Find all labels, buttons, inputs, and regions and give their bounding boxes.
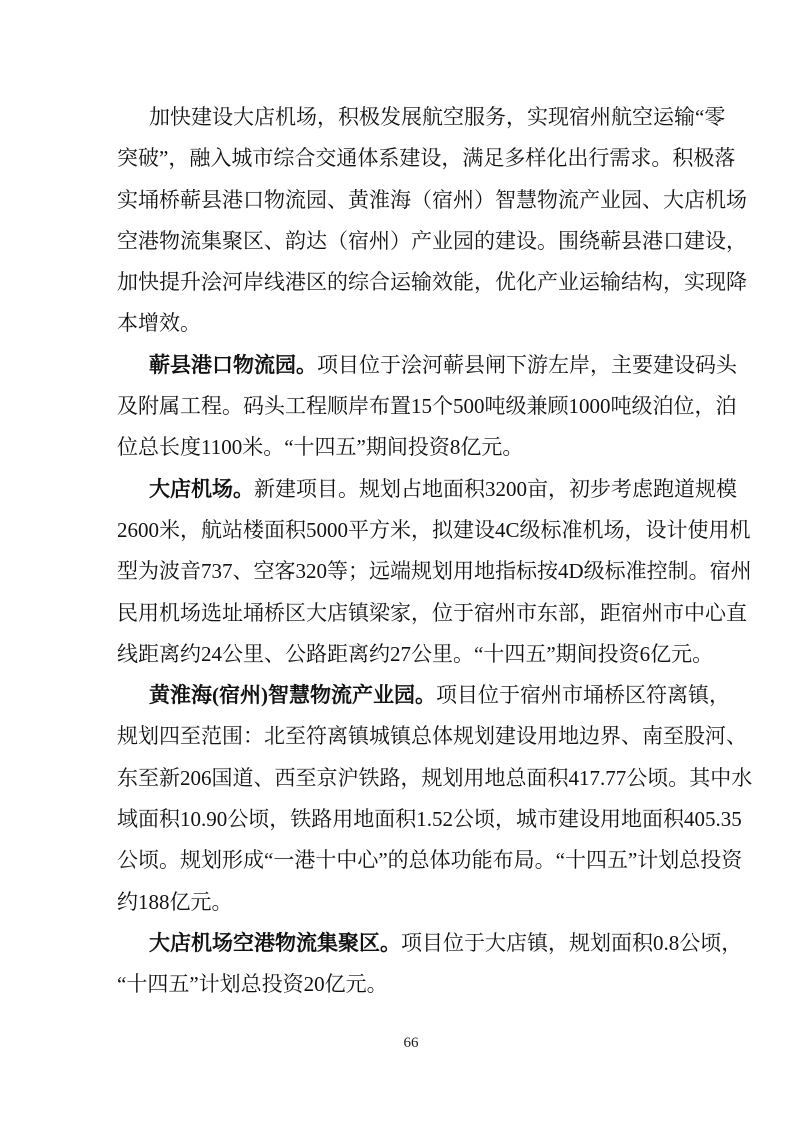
body-text: 位总长度1100米。“十四五”期间投资8亿元。: [117, 435, 523, 459]
text-line: 东至新206国道、西至京沪铁路，规划用地总面积417.77公顷。其中水: [117, 758, 705, 799]
body-text: 公顷。规划形成“一港十中心”的总体功能布局。“十四五”计划总投资: [117, 848, 742, 872]
text-line: 约188亿元。: [117, 882, 705, 923]
body-text: 项目位于浍河蕲县闸下游左岸，主要建设码头: [317, 353, 737, 377]
text-line: 位总长度1100米。“十四五”期间投资8亿元。: [117, 427, 705, 468]
text-line: 空港物流集聚区、韵达（宿州）产业园的建设。围绕蕲县港口建设，: [117, 221, 705, 262]
paragraph-dadian-airport-cargo-cluster: 大店机场空港物流集聚区。项目位于大店镇，规划面积0.8公顷，“十四五”计划总投资…: [117, 923, 705, 1006]
text-line: “十四五”计划总投资20亿元。: [117, 964, 705, 1005]
text-line: 型为波音737、空客320等；远端规划用地指标按4D级标准控制。宿州: [117, 551, 705, 592]
text-line: 域面积10.90公顷，铁路用地面积1.52公顷，城市建设用地面积405.35: [117, 799, 705, 840]
text-line: 黄淮海(宿州)智慧物流产业园。项目位于宿州市埇桥区符离镇，: [117, 675, 705, 716]
body-text: 项目位于大店镇，规划面积0.8公顷，: [401, 931, 742, 955]
body-text: 空港物流集聚区、韵达（宿州）产业园的建设。围绕蕲县港口建设，: [117, 229, 747, 253]
body-text: 及附属工程。码头工程顺岸布置15个500吨级兼顾1000吨级泊位，泊: [117, 394, 737, 418]
body-text: 突破”，融入城市综合交通体系建设，满足多样化出行需求。积极落: [117, 146, 735, 170]
run-in-heading: 大店机场。: [149, 477, 254, 501]
text-line: 规划四至范围：北至符离镇城镇总体规划建设用地边界、南至股河、: [117, 716, 705, 757]
body-text: 加快提升浍河岸线港区的综合运输效能，优化产业运输结构，实现降: [117, 270, 747, 294]
body-text: 2600米，航站楼面积5000平方米，拟建设4C级标准机场，设计使用机: [117, 518, 751, 542]
body-text: 加快建设大店机场，积极发展航空服务，实现宿州航空运输“零: [149, 105, 725, 129]
document-page: 加快建设大店机场，积极发展航空服务，实现宿州航空运输“零突破”，融入城市综合交通…: [0, 0, 793, 1122]
body-text: 新建项目。规划占地面积3200亩，初步考虑跑道规模: [254, 477, 737, 501]
text-line: 蕲县港口物流园。项目位于浍河蕲县闸下游左岸，主要建设码头: [117, 345, 705, 386]
body-text: 实埇桥蕲县港口物流园、黄淮海（宿州）智慧物流产业园、大店机场: [117, 188, 747, 212]
run-in-heading: 大店机场空港物流集聚区。: [149, 931, 401, 955]
paragraph-dadian-airport: 大店机场。新建项目。规划占地面积3200亩，初步考虑跑道规模2600米，航站楼面…: [117, 469, 705, 675]
text-line: 民用机场选址埇桥区大店镇梁家，位于宿州市东部，距宿州市中心直: [117, 593, 705, 634]
paragraph-huanghuaihai-smart-logistics-park: 黄淮海(宿州)智慧物流产业园。项目位于宿州市埇桥区符离镇，规划四至范围：北至符离…: [117, 675, 705, 923]
body-text: 约188亿元。: [117, 890, 233, 914]
page-number: 66: [404, 1035, 419, 1051]
paragraph-airport-intro: 加快建设大店机场，积极发展航空服务，实现宿州航空运输“零突破”，融入城市综合交通…: [117, 97, 705, 345]
text-line: 公顷。规划形成“一港十中心”的总体功能布局。“十四五”计划总投资: [117, 840, 705, 881]
text-line: 加快提升浍河岸线港区的综合运输效能，优化产业运输结构，实现降: [117, 262, 705, 303]
body-text: 域面积10.90公顷，铁路用地面积1.52公顷，城市建设用地面积405.35: [117, 807, 742, 831]
body-text: 项目位于宿州市埇桥区符离镇，: [436, 683, 730, 707]
text-line: 大店机场空港物流集聚区。项目位于大店镇，规划面积0.8公顷，: [117, 923, 705, 964]
text-line: 加快建设大店机场，积极发展航空服务，实现宿州航空运输“零: [117, 97, 705, 138]
body-text: 东至新206国道、西至京沪铁路，规划用地总面积417.77公顷。其中水: [117, 766, 752, 790]
paragraph-qixian-port-logistics-park: 蕲县港口物流园。项目位于浍河蕲县闸下游左岸，主要建设码头及附属工程。码头工程顺岸…: [117, 345, 705, 469]
body-text: “十四五”计划总投资20亿元。: [117, 972, 388, 996]
body-text: 本增效。: [117, 311, 201, 335]
text-line: 大店机场。新建项目。规划占地面积3200亩，初步考虑跑道规模: [117, 469, 705, 510]
text-line: 及附属工程。码头工程顺岸布置15个500吨级兼顾1000吨级泊位，泊: [117, 386, 705, 427]
run-in-heading: 黄淮海(宿州)智慧物流产业园。: [149, 683, 436, 707]
body-text: 民用机场选址埇桥区大店镇梁家，位于宿州市东部，距宿州市中心直: [117, 601, 747, 625]
text-line: 本增效。: [117, 303, 705, 344]
text-line: 2600米，航站楼面积5000平方米，拟建设4C级标准机场，设计使用机: [117, 510, 705, 551]
text-line: 实埇桥蕲县港口物流园、黄淮海（宿州）智慧物流产业园、大店机场: [117, 180, 705, 221]
body-text: 型为波音737、空客320等；远端规划用地指标按4D级标准控制。宿州: [117, 559, 752, 583]
body-text: 规划四至范围：北至符离镇城镇总体规划建设用地边界、南至股河、: [117, 724, 747, 748]
document-body: 加快建设大店机场，积极发展航空服务，实现宿州航空运输“零突破”，融入城市综合交通…: [117, 97, 705, 1006]
text-line: 线距离约24公里、公路距离约27公里。“十四五”期间投资6亿元。: [117, 634, 705, 675]
page-footer: 66: [117, 1033, 705, 1053]
text-line: 突破”，融入城市综合交通体系建设，满足多样化出行需求。积极落: [117, 138, 705, 179]
run-in-heading: 蕲县港口物流园。: [149, 353, 317, 377]
body-text: 线距离约24公里、公路距离约27公里。“十四五”期间投资6亿元。: [117, 642, 713, 666]
